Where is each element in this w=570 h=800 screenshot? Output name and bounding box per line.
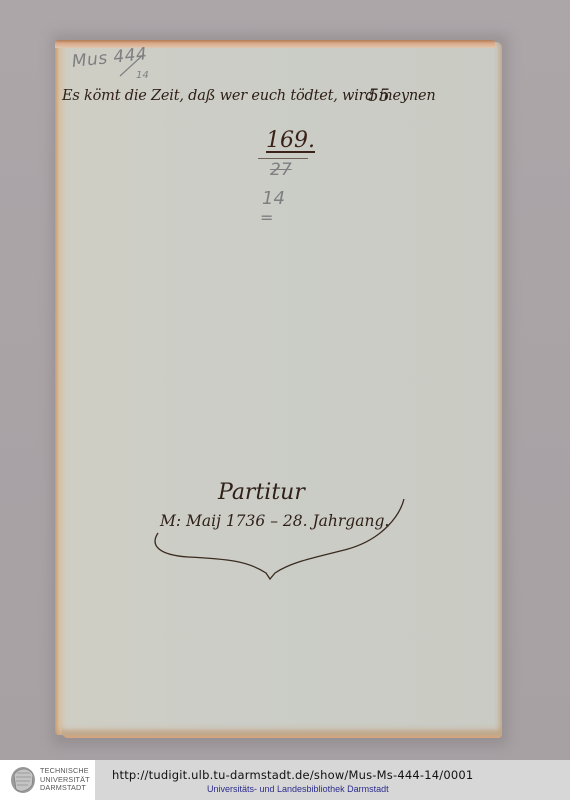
library-name[interactable]: Universitäts- und Landesbibliothek Darms… <box>207 784 389 794</box>
manuscript-scan: Mus 444 14 Es kömt die Zeit, daß wer euc… <box>0 0 570 760</box>
logo-text: TECHNISCHE UNIVERSITÄT DARMSTADT <box>40 767 90 793</box>
logo-line-3: DARMSTADT <box>40 784 90 793</box>
university-logo[interactable]: TECHNISCHE UNIVERSITÄT DARMSTADT <box>0 760 95 800</box>
footer-bar: TECHNISCHE UNIVERSITÄT DARMSTADT http://… <box>0 760 570 800</box>
permalink-url[interactable]: http://tudigit.ulb.tu-darmstadt.de/show/… <box>112 768 473 782</box>
athena-head-icon <box>8 765 38 795</box>
secondary-number: 14 <box>262 188 285 209</box>
number-mark: = <box>260 208 273 227</box>
shelfmark-slash <box>118 50 148 80</box>
incipit-number: 55 <box>368 86 390 106</box>
number-rule <box>258 158 308 159</box>
catalog-number: 169. <box>266 128 315 153</box>
struck-number: 27 <box>270 160 292 180</box>
flourish-ornament <box>148 495 410 580</box>
page-bottom-edge <box>62 728 502 738</box>
